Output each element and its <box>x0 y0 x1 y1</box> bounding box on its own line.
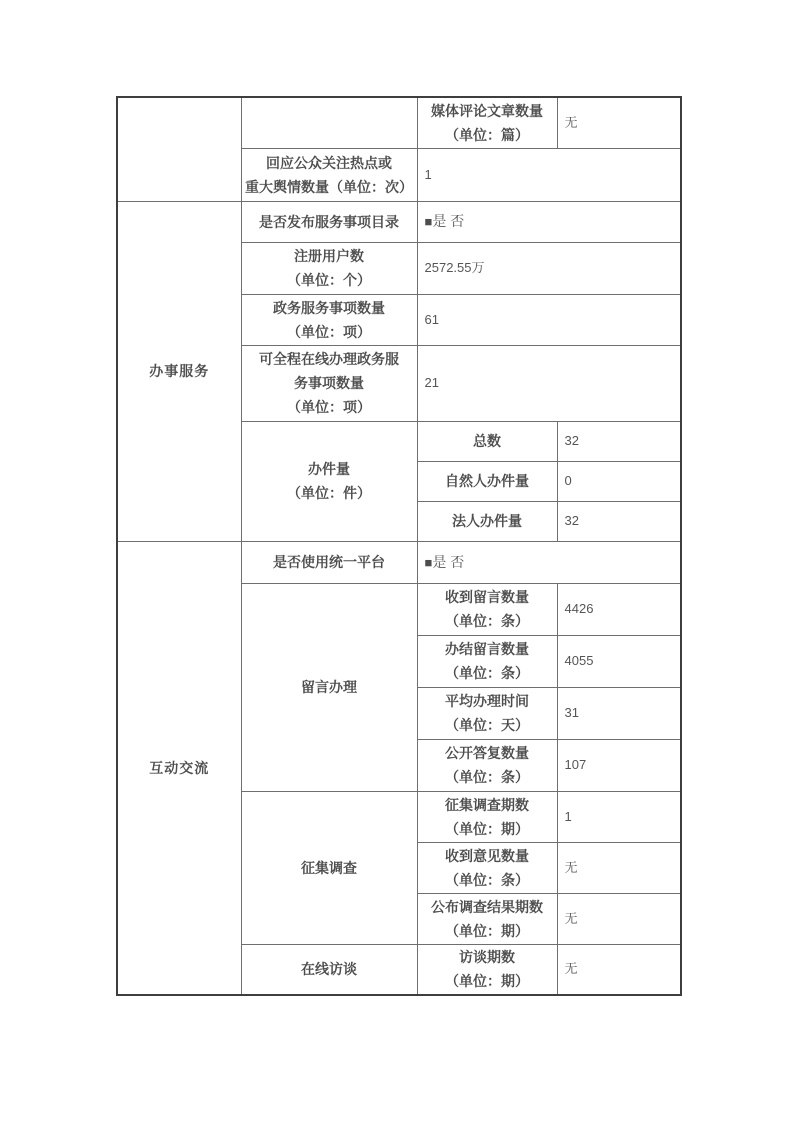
value-messages-received: 4426 <box>557 583 681 635</box>
value-natural-person: 0 <box>557 461 681 501</box>
label-service-catalog: 是否发布服务事项目录 <box>241 201 417 242</box>
value-legal-person: 32 <box>557 501 681 541</box>
sub-label-media-comments: 媒体评论文章数量 （单位：篇） <box>417 97 557 148</box>
sub-label-interview-issues: 访谈期数 （单位：期） <box>417 944 557 995</box>
group-cell-carryover <box>117 97 241 201</box>
sub-label-public-replies: 公开答复数量 （单位：条） <box>417 739 557 791</box>
page: { "colors": { "text": "#4d4d4d", "value_… <box>0 0 793 1122</box>
label-public-response: 回应公众关注热点或 重大舆情数量（单位：次） <box>241 148 417 201</box>
value-survey-issues: 1 <box>557 791 681 842</box>
report-table: 媒体评论文章数量 （单位：篇） 无 回应公众关注热点或 重大舆情数量（单位：次）… <box>116 96 682 996</box>
label-message-handling: 留言办理 <box>241 583 417 791</box>
table-row: 办事服务 是否发布服务事项目录 ■是 否 <box>117 201 681 242</box>
sub-label-messages-received: 收到留言数量 （单位：条） <box>417 583 557 635</box>
value-unified-platform: ■是 否 <box>417 541 681 583</box>
label-service-items: 政务服务事项数量 （单位：项） <box>241 294 417 345</box>
value-total: 32 <box>557 421 681 461</box>
value-average-time: 31 <box>557 687 681 739</box>
checkbox-options-label: 是 否 <box>432 554 464 570</box>
value-interview-issues: 无 <box>557 944 681 995</box>
value-online-items: 21 <box>417 345 681 421</box>
sub-label-opinions-received: 收到意见数量 （单位：条） <box>417 842 557 893</box>
label-cell-empty <box>241 97 417 148</box>
value-public-replies: 107 <box>557 739 681 791</box>
value-service-items: 61 <box>417 294 681 345</box>
value-messages-resolved: 4055 <box>557 635 681 687</box>
label-online-interview: 在线访谈 <box>241 944 417 995</box>
label-registered-users: 注册用户数 （单位：个） <box>241 242 417 294</box>
value-public-response: 1 <box>417 148 681 201</box>
label-case-volume: 办件量 （单位：件） <box>241 421 417 541</box>
table-row: 媒体评论文章数量 （单位：篇） 无 <box>117 97 681 148</box>
sub-label-average-time: 平均办理时间 （单位：天） <box>417 687 557 739</box>
sub-label-natural-person: 自然人办件量 <box>417 461 557 501</box>
label-survey-collection: 征集调查 <box>241 791 417 944</box>
group-cell-service: 办事服务 <box>117 201 241 541</box>
label-unified-platform: 是否使用统一平台 <box>241 541 417 583</box>
sub-label-total: 总数 <box>417 421 557 461</box>
group-cell-interaction: 互动交流 <box>117 541 241 995</box>
label-online-items: 可全程在线办理政务服 务事项数量 （单位：项） <box>241 345 417 421</box>
value-registered-users: 2572.55万 <box>417 242 681 294</box>
value-results-published: 无 <box>557 893 681 944</box>
report-table-container: 媒体评论文章数量 （单位：篇） 无 回应公众关注热点或 重大舆情数量（单位：次）… <box>116 96 682 996</box>
sub-label-survey-issues: 征集调查期数 （单位：期） <box>417 791 557 842</box>
sub-label-messages-resolved: 办结留言数量 （单位：条） <box>417 635 557 687</box>
value-media-comments: 无 <box>557 97 681 148</box>
checkbox-options-label: 是 否 <box>432 213 464 229</box>
table-row: 互动交流 是否使用统一平台 ■是 否 <box>117 541 681 583</box>
sub-label-results-published: 公布调查结果期数 （单位：期） <box>417 893 557 944</box>
value-service-catalog: ■是 否 <box>417 201 681 242</box>
sub-label-legal-person: 法人办件量 <box>417 501 557 541</box>
value-opinions-received: 无 <box>557 842 681 893</box>
